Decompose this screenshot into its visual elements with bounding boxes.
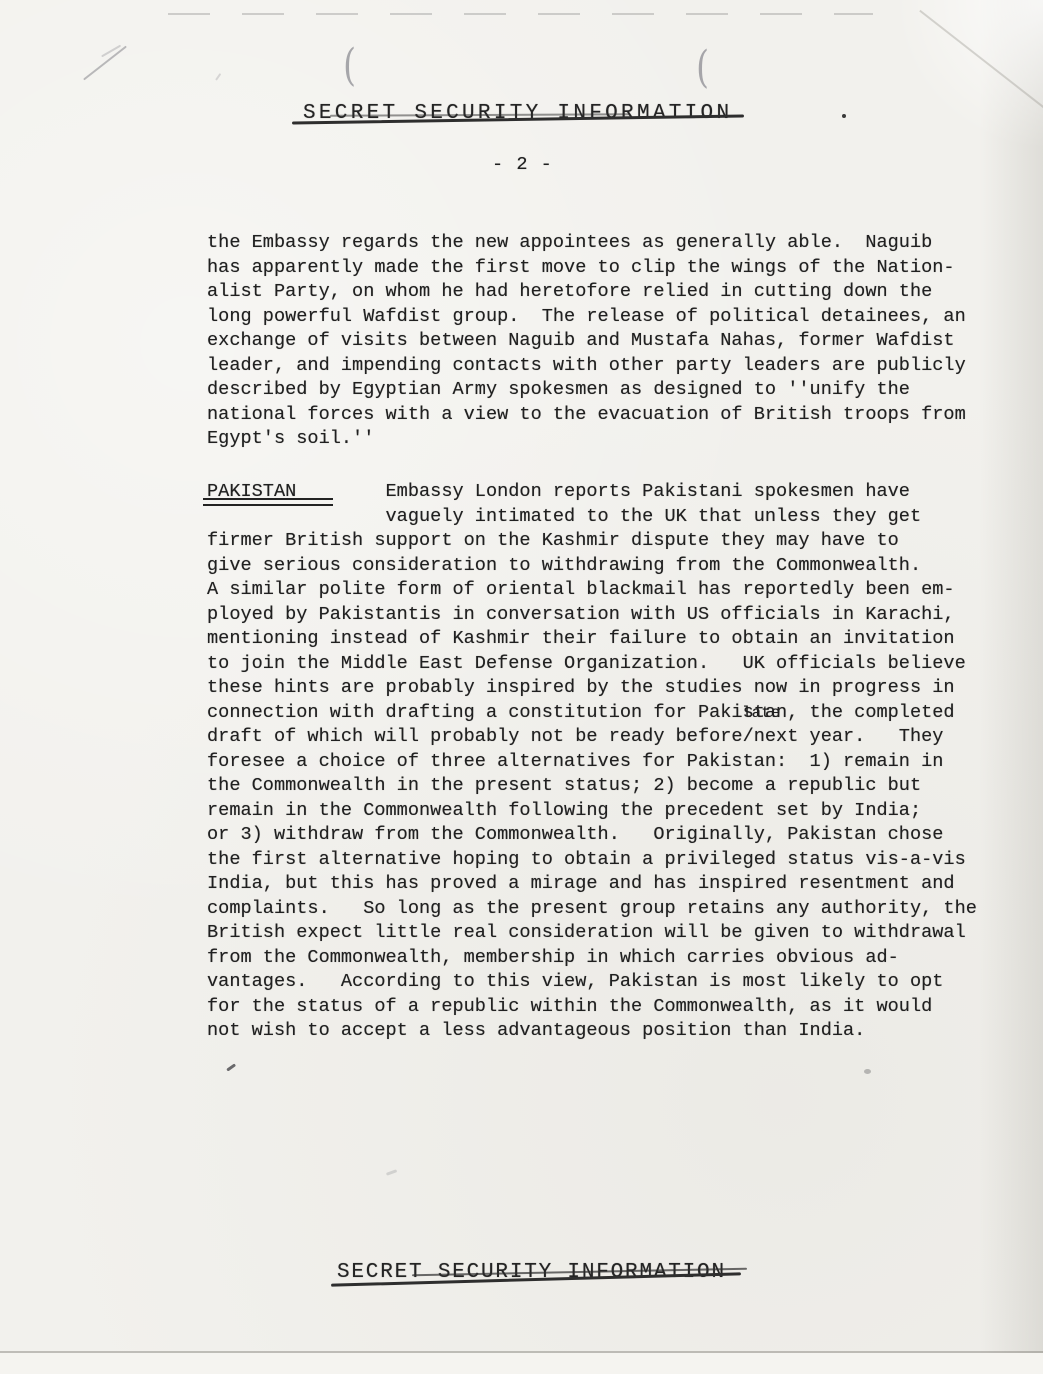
left-paren-mark: ( [343,44,356,88]
pakistan-paragraph: Embassy London reports Pakistani spokesm… [207,480,977,1044]
faint-speck [386,1169,397,1175]
scan-right-edge-shading [979,0,1043,1374]
header-period-dot [842,114,846,118]
scan-top-edge-artifact [168,13,873,15]
paper-crease [920,10,1043,116]
scanned-document-page: ( ( SECRET SECURITY INFORMATION - 2 - th… [0,0,1043,1374]
pencil-scribble-mark [83,46,127,81]
handwritten-insertion-late: late [742,704,780,722]
pencil-tick-mark [215,73,221,80]
scan-below-page-area [0,1353,1043,1374]
scan-corner-highlight [893,0,1043,150]
egypt-paragraph: the Embassy regards the new appointees a… [207,231,966,452]
gray-speck [864,1069,871,1074]
right-paren-mark: ( [696,46,709,90]
ink-dash-mark [226,1063,236,1071]
page-number: - 2 - [492,153,553,178]
